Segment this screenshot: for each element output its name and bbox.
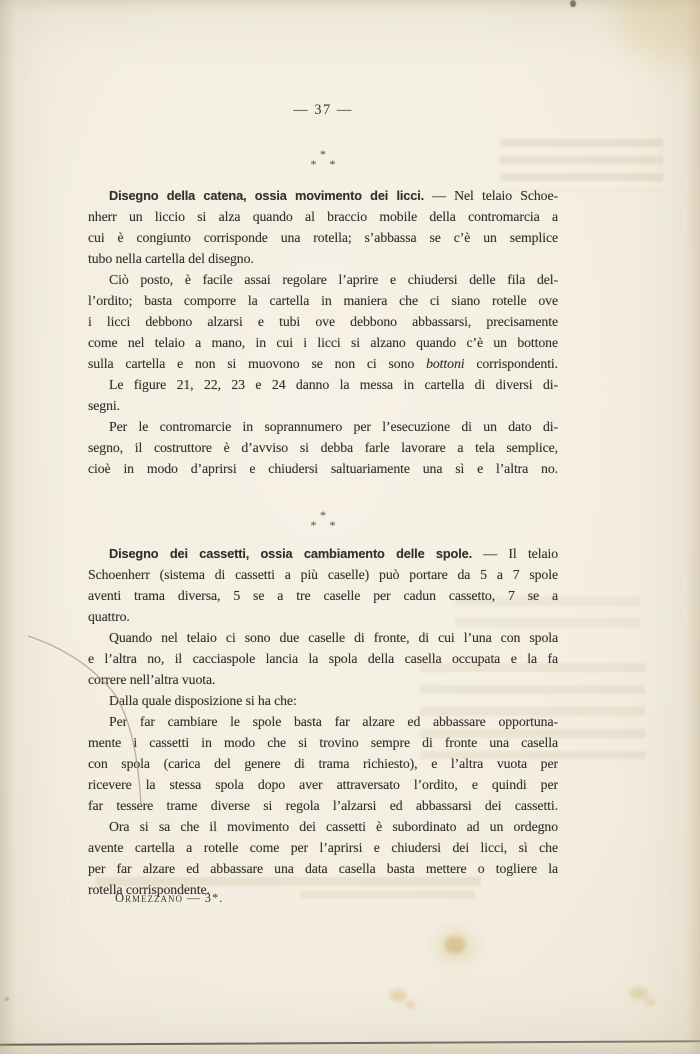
paper-stain: [5, 997, 9, 1001]
text-line: per far alzare ed abbassare una data cas…: [88, 858, 558, 879]
text-line: Ciò posto, è facile assai regolare l’apr…: [88, 269, 558, 290]
text-line: Schoenherr (sistema di cassetti a più ca…: [88, 564, 558, 585]
paragraph: Disegno dei cassetti, ossia cambiamento …: [88, 543, 558, 627]
book-page: — 37 — ** *Disegno della catena, ossia m…: [0, 0, 700, 1054]
text-segment: con spola (carica del genere di trama ri…: [88, 756, 558, 771]
text-segment: aventi trama diversa, 5 se a tre caselle…: [88, 588, 558, 603]
text-line: sulla cartella e non si muovono se non c…: [88, 353, 558, 374]
paragraph: Per far cambiare le spole basta far alza…: [88, 711, 558, 816]
paper-stain: [444, 936, 466, 954]
paper-stain: [618, 0, 700, 60]
text-segment: cioè in modo d’aprirsi e chiudersi saltu…: [88, 461, 558, 476]
paragraph: Ora si sa che il movimento dei cassetti …: [88, 816, 558, 900]
text-line: Disegno dei cassetti, ossia cambiamento …: [88, 543, 558, 564]
text-segment: i licci debbono alzarsi e tubi ove debbo…: [88, 314, 558, 329]
text-line: Disegno della catena, ossia movimento de…: [88, 185, 558, 206]
paragraph: Dalla quale disposizione si ha che:: [88, 690, 558, 711]
paper-stain: [434, 928, 478, 964]
text-line: mente i cassetti in modo che si trovino …: [88, 732, 558, 753]
asterisk-icon: * *: [88, 159, 558, 169]
text-segment: Ciò posto, è facile assai regolare l’apr…: [109, 272, 558, 287]
text-segment: Dalla quale disposizione si ha che:: [109, 693, 297, 708]
paragraph: Disegno della catena, ossia movimento de…: [88, 185, 558, 269]
text-line: cui è congiunto corrisponde una rotella;…: [88, 227, 558, 248]
text-segment: Le figure 21, 22, 23 e 24 danno la messa…: [109, 377, 558, 392]
asterism-separator: ** *: [88, 510, 558, 530]
asterism-separator: ** *: [88, 149, 558, 169]
text-segment: far tessere trame diverse si regola l’al…: [88, 798, 558, 813]
text-line: cioè in modo d’aprirsi e chiudersi saltu…: [88, 458, 558, 479]
text-line: Per le contromarcie in soprannumero per …: [88, 416, 558, 437]
text-segment: mente i cassetti in modo che si trovino …: [88, 735, 558, 750]
text-segment: Per le contromarcie in soprannumero per …: [109, 419, 558, 434]
text-line: come nel telaio a mano, in cui i licci s…: [88, 332, 558, 353]
text-segment: cui è congiunto corrisponde una rotella;…: [88, 230, 558, 245]
text-segment: — Nel telaio Schoe-: [424, 188, 558, 203]
text-segment: come nel telaio a mano, in cui i licci s…: [88, 335, 558, 350]
text-segment: nherr un liccio si alza quando al bracci…: [88, 209, 558, 224]
page-edge-shading: [0, 0, 16, 1054]
page-edge-shading: [0, 0, 700, 10]
text-segment: per far alzare ed abbassare una data cas…: [88, 861, 558, 876]
text-line: Per far cambiare le spole basta far alza…: [88, 711, 558, 732]
run-in-heading: Disegno della catena, ossia movimento de…: [109, 188, 424, 203]
ink-speck: [570, 0, 576, 7]
signature-line: Ormezzano — 3*.: [115, 891, 558, 906]
text-line: segno, il costruttore è d’avviso si debb…: [88, 437, 558, 458]
text-line: Dalla quale disposizione si ha che:: [88, 690, 558, 711]
text-segment: e l’altra no, il cacciaspole lancia la s…: [88, 651, 558, 666]
text-segment: tubo nella cartella del disegno.: [88, 251, 254, 266]
page-content: ** *Disegno della catena, ossia moviment…: [88, 149, 558, 900]
paragraph: Ciò posto, è facile assai regolare l’apr…: [88, 269, 558, 374]
text-column: — 37 — ** *Disegno della catena, ossia m…: [88, 100, 558, 906]
text-segment: avente cartella a rotelle come per l’apr…: [88, 840, 558, 855]
text-segment: quattro.: [88, 609, 130, 624]
text-segment: segno, il costruttore è d’avviso si debb…: [88, 440, 558, 455]
text-line: tubo nella cartella del disegno.: [88, 248, 558, 269]
text-segment: ricevere la stessa spola dopo aver attra…: [88, 777, 558, 792]
run-in-heading: Disegno dei cassetti, ossia cambiamento …: [109, 546, 472, 561]
text-line: aventi trama diversa, 5 se a tre caselle…: [88, 585, 558, 606]
text-line: i licci debbono alzarsi e tubi ove debbo…: [88, 311, 558, 332]
paper-stain: [630, 987, 648, 1000]
text-line: segni.: [88, 395, 558, 416]
text-line: Le figure 21, 22, 23 e 24 danno la messa…: [88, 374, 558, 395]
text-line: far tessere trame diverse si regola l’al…: [88, 795, 558, 816]
paragraph: Le figure 21, 22, 23 e 24 danno la messa…: [88, 374, 558, 416]
paragraph: Per le contromarcie in soprannumero per …: [88, 416, 558, 479]
text-segment: segni.: [88, 398, 120, 413]
page-edge-shading: [686, 0, 700, 1054]
page-number: — 37 —: [88, 100, 558, 121]
text-line: l’ordito; basta comporre la cartella in …: [88, 290, 558, 311]
text-segment: Per far cambiare le spole basta far alza…: [109, 714, 558, 729]
text-segment: Schoenherr (sistema di cassetti a più ca…: [88, 567, 558, 582]
text-line: ricevere la stessa spola dopo aver attra…: [88, 774, 558, 795]
paper-stain: [406, 1001, 415, 1009]
text-segment: correre nell’altra vuota.: [88, 672, 215, 687]
text-segment: sulla cartella e non si muovono se non c…: [88, 356, 426, 371]
text-line: correre nell’altra vuota.: [88, 669, 558, 690]
paper-stain: [390, 989, 406, 1002]
text-segment: Quando nel telaio ci sono due caselle di…: [109, 630, 558, 645]
text-line: nherr un liccio si alza quando al bracci…: [88, 206, 558, 227]
text-line: avente cartella a rotelle come per l’apr…: [88, 837, 558, 858]
text-line: Quando nel telaio ci sono due caselle di…: [88, 627, 558, 648]
text-line: con spola (carica del genere di trama ri…: [88, 753, 558, 774]
text-segment: bottoni: [426, 356, 464, 371]
text-segment: corrispondenti.: [464, 356, 558, 371]
text-line: Ora si sa che il movimento dei cassetti …: [88, 816, 558, 837]
page-bottom-edge: [0, 1044, 700, 1054]
text-line: e l’altra no, il cacciaspole lancia la s…: [88, 648, 558, 669]
text-line: quattro.: [88, 606, 558, 627]
text-segment: — Il telaio: [472, 546, 558, 561]
text-segment: Ora si sa che il movimento dei cassetti …: [109, 819, 558, 834]
asterisk-icon: * *: [88, 520, 558, 530]
text-segment: l’ordito; basta comporre la cartella in …: [88, 293, 558, 308]
paper-stain: [645, 998, 655, 1006]
paragraph: Quando nel telaio ci sono due caselle di…: [88, 627, 558, 690]
